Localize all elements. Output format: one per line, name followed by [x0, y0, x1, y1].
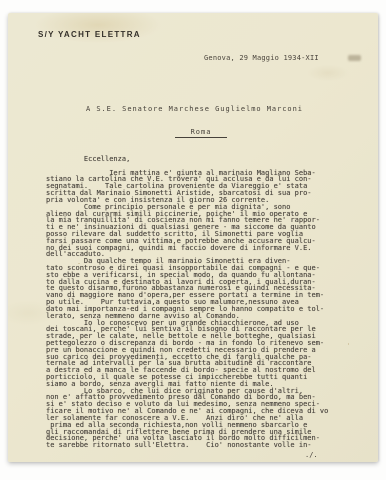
recipient-city-row: Roma	[86, 119, 316, 138]
letterhead-title: S/Y YACHT ELETTRA	[38, 30, 141, 39]
paper-speck	[78, 263, 80, 264]
recipient-address: A S.E. Senatore Marchese Guglielmo Marco…	[86, 105, 316, 138]
pencil-annotation	[348, 55, 361, 61]
paper-speck	[308, 173, 310, 175]
document-page: S/Y YACHT ELETTRA Genova, 29 Maggio 1934…	[8, 13, 378, 462]
recipient-name-line: A S.E. Senatore Marchese Guglielmo Marco…	[86, 105, 316, 113]
scanned-letter-view: S/Y YACHT ELETTRA Genova, 29 Maggio 1934…	[0, 0, 386, 480]
recipient-city: Roma	[175, 128, 228, 138]
dateline: Genova, 29 Maggio 1934-XII	[204, 54, 319, 62]
continuation-mark: ./.	[305, 451, 318, 459]
letter-body-text: Eccellenza, Ieri mattina e' giunta al ma…	[46, 156, 328, 449]
paper-speck	[348, 343, 349, 345]
